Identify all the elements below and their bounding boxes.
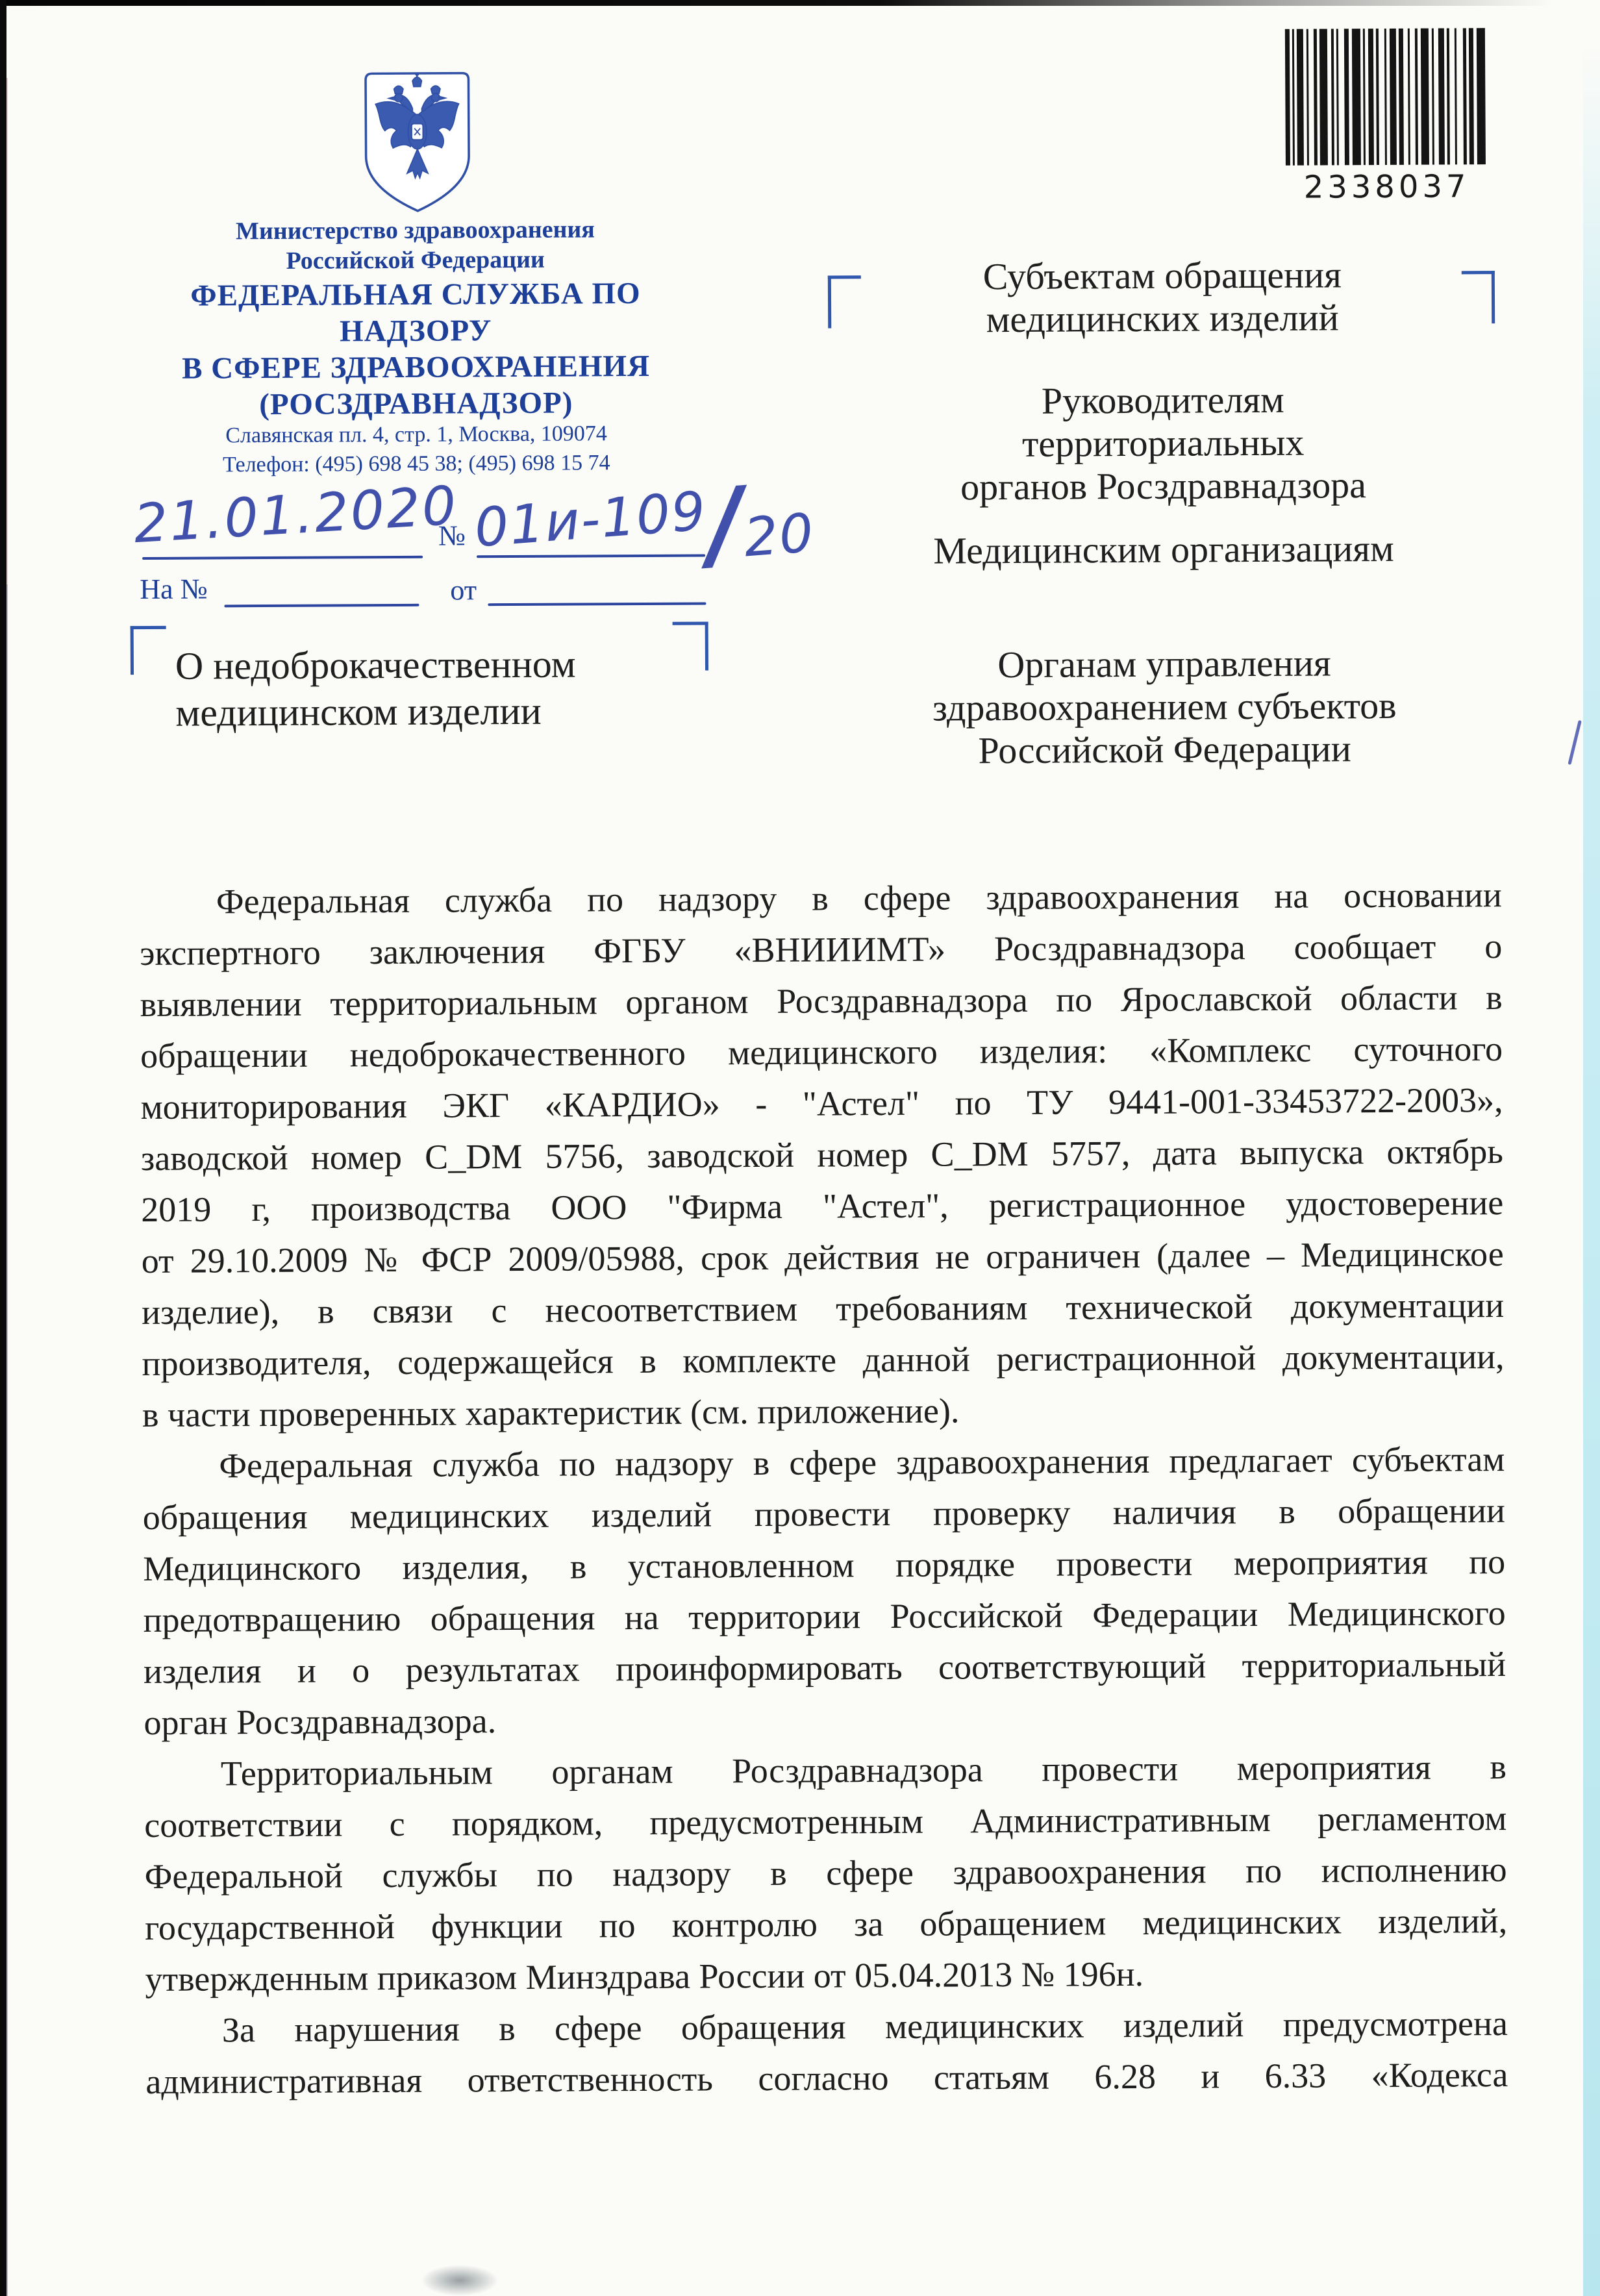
handwritten-number: 01и-109/20 (471, 462, 817, 600)
body-line: За нарушения в сфере обращения медицинск… (145, 1998, 1508, 2056)
body-line: мониторирования ЭКГ «КАРДИО» - "Астел" п… (140, 1075, 1503, 1133)
subject-line: О недоброкачественном (175, 641, 576, 690)
body-line: выявлении территориальным органом Росздр… (140, 972, 1502, 1030)
body-line: изделие), в связи с несоответствием треб… (142, 1280, 1504, 1338)
body-line: изделия и о результатах проинформировать… (144, 1639, 1506, 1697)
addressee-line: медицинских изделий (834, 295, 1490, 342)
scan-content: Министерство здравоохранения Российской … (0, 0, 1600, 2296)
ministry-name: Министерство здравоохранения Российской … (129, 214, 701, 277)
body-line: Медицинского изделия, в установленном по… (143, 1536, 1505, 1595)
body-line: утвержденным приказом Минздрава России о… (145, 1947, 1507, 2005)
letterhead-contacts: Славянская пл. 4, стр. 1, Москва, 109074… (131, 418, 702, 480)
body-line: административная ответственность согласн… (145, 2049, 1508, 2108)
handwritten-date: 21.01.2020 (132, 475, 460, 555)
addressee-line: органов Росздравнадзора (835, 463, 1491, 509)
phone-numbers: Телефон: (495) 698 45 38; (495) 698 15 7… (131, 447, 702, 480)
addressee-line: Российской Федерации (836, 727, 1492, 773)
body-line: предотвращению обращения на территории Р… (143, 1588, 1505, 1646)
addressee-group: Субъектам обращениямедицинских изделий (834, 253, 1491, 342)
body-line: соответствии с порядком, предусмотренным… (144, 1793, 1506, 1851)
service-line: В СФЕРЕ ЗДРАВООХРАНЕНИЯ (117, 347, 714, 387)
barcode-bar (1477, 28, 1486, 164)
body-line: Федеральной службы по надзору в сфере зд… (145, 1844, 1507, 1903)
addressee-group: Руководителямтерриториальныхорганов Росз… (835, 377, 1492, 509)
service-line: (РОСЗДРАВНАДЗОР) (118, 384, 715, 423)
barcode-bar (1352, 29, 1361, 165)
scan-edge-right (1583, 0, 1600, 2296)
body-line: Территориальным органам Росздравнадзора … (144, 1741, 1506, 1800)
reply-to-label: На № (140, 572, 208, 606)
body-line: экспертного заключения ФГБУ «ВНИИИМТ» Ро… (140, 921, 1502, 979)
body-line: от 29.10.2009 № ФСР 2009/05988, срок дей… (142, 1229, 1504, 1287)
handwritten-number-main: 01и-109 (473, 480, 709, 560)
body-line: орган Росздравнадзора. (144, 1690, 1506, 1749)
addressee-line: здравоохранением субъектов (836, 684, 1492, 730)
body-line: 2019 г, производства ООО "Фирма "Астел",… (141, 1177, 1503, 1236)
handwritten-number-slash: / (703, 467, 747, 582)
body-line: обращении недоброкачественного медицинск… (140, 1023, 1503, 1082)
ministry-line: Российской Федерации (130, 243, 701, 277)
handwritten-number-suffix: 20 (742, 503, 816, 569)
pen-mark-icon (1568, 720, 1581, 765)
body-line: в части проверенных характеристик (см. п… (142, 1382, 1505, 1441)
addressee-line: Органам управления (836, 641, 1492, 687)
postal-address: Славянская пл. 4, стр. 1, Москва, 109074 (131, 418, 702, 451)
addressee-line: Субъектам обращения (834, 253, 1490, 299)
russia-coat-of-arms-icon (359, 69, 475, 216)
subject-bracket-right-icon (673, 621, 708, 670)
date-underline (142, 556, 423, 560)
scan-edge-top (0, 0, 1600, 6)
barcode-bars (1285, 28, 1488, 166)
addressee-line: территориальных (835, 420, 1491, 466)
addressee-line: Руководителям (835, 377, 1491, 423)
addressee-line: Медицинским организациям (836, 527, 1492, 573)
subject-bracket-left-icon (131, 626, 166, 675)
body-line: Федеральная служба по надзору в сфере зд… (142, 1434, 1505, 1492)
addressee-group: Органам управленияздравоохранением субъе… (836, 641, 1493, 773)
subject-line-block: О недоброкачественном медицинском издели… (175, 641, 576, 736)
service-name: ФЕДЕРАЛЬНАЯ СЛУЖБА ПО НАДЗОРУ В СФЕРЕ ЗД… (117, 275, 715, 423)
subject-line: медицинском изделии (175, 688, 576, 736)
scan-edge-left (0, 0, 6, 2296)
body-line: заводской номер C_DM 5756, заводской ном… (141, 1126, 1503, 1184)
barcode: 2338037 (1285, 28, 1488, 206)
body-line: обращения медицинских изделий провести п… (143, 1485, 1505, 1543)
barcode-bar (1319, 29, 1328, 165)
barcode-bar (1421, 29, 1429, 165)
addressee-list: Субъектам обращениямедицинских изделийРу… (834, 253, 1493, 773)
service-line: ФЕДЕРАЛЬНАЯ СЛУЖБА ПО НАДЗОРУ (117, 275, 715, 351)
body-line: государственной функции по контролю за о… (145, 1895, 1507, 1954)
reply-from-label: от (450, 573, 477, 606)
body-line: Федеральная служба по надзору в сфере зд… (140, 869, 1502, 928)
ministry-line: Министерство здравоохранения (129, 214, 701, 247)
reply-date-blank (488, 602, 706, 606)
addressee-group: Медицинским организациям (836, 527, 1492, 573)
number-sign-label: № (438, 519, 466, 552)
reply-number-blank (224, 604, 419, 608)
scanned-letter-page: Министерство здравоохранения Российской … (0, 0, 1600, 2296)
scan-smudge (421, 2265, 499, 2296)
body-line: производителя, содержащейся в комплекте … (142, 1331, 1504, 1390)
body-text: Федеральная служба по надзору в сфере зд… (140, 869, 1508, 2108)
barcode-number: 2338037 (1286, 168, 1488, 206)
